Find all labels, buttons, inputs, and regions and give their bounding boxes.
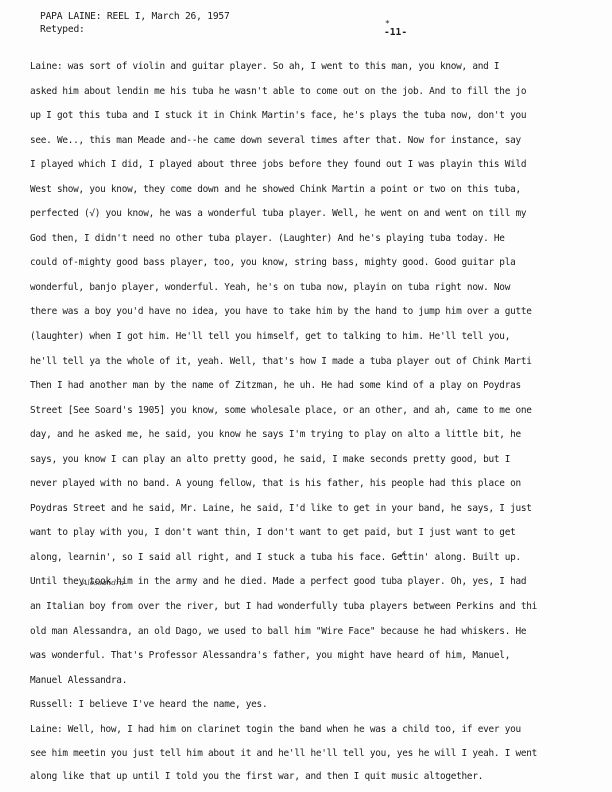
text-line: Poydras Street and he said, Mr. Laine, h… [30,497,612,522]
text-line: see. We.., this man Meade and--he came d… [30,129,612,154]
text-line: Then I had another man by the name of Zi… [30,374,612,399]
text-line: never played with no band. A young fello… [30,472,612,497]
text-line: old man Alessandra, an old Dago, we used… [30,620,612,645]
document-header: PAPA LAINE: REEL I, March 26, 1957 Retyp… [40,10,230,36]
text-line: perfected (√) you know, he was a wonderf… [30,202,612,227]
text-line: wonderful, banjo player, wonderful. Yeah… [30,276,612,301]
text-line: I played which I did, I played about thr… [30,153,612,178]
text-line: Street [See Soard's 1905] you know, some… [30,399,612,424]
text-line: there was a boy you'd have no idea, you … [30,300,612,325]
page-number: * -11- [384,27,407,38]
text-line: Manuel Alessandra. [30,669,612,694]
text-line: see him meetin you just tell him about i… [30,742,612,767]
page-mark: * [385,19,390,28]
text-line: asked him about lendin me his tuba he wa… [30,80,612,105]
text-line: an Italian boy from over the river, but … [30,595,612,620]
text-line: says, you know I can play an alto pretty… [30,448,612,473]
text-line: God then, I didn't need no other tuba pl… [30,227,612,252]
text-line-speaker-russell: Russell: I believe I've heard the name, … [30,693,612,718]
transcript-page: PAPA LAINE: REEL I, March 26, 1957 Retyp… [0,0,612,792]
header-retyped-note: Retyped: [40,23,230,36]
text-line-speaker-laine: Laine: Well, how, I had him on clarinet … [30,718,612,743]
text-line: Laine: was sort of violin and guitar pla… [30,55,612,80]
page-number-label: -11- [384,27,407,38]
text-line: want to play with you, I don't want thin… [30,521,612,546]
text-line: he'll tell ya the whole of it, yeah. Wel… [30,350,612,375]
text-line: along, learnin', so I said all right, an… [30,546,612,571]
text-line: was wonderful. That's Professor Alessand… [30,644,612,669]
text-line: Until they took him in the army and he d… [30,570,612,595]
text-line: (laughter) when I got him. He'll tell yo… [30,325,612,350]
text-line: could of-mighty good bass player, too, y… [30,251,612,276]
text-line: up I got this tuba and I stuck it in Chi… [30,104,612,129]
text-line: day, and he asked me, he said, you know … [30,423,612,448]
header-title: PAPA LAINE: REEL I, March 26, 1957 [40,10,230,23]
text-line: West show, you know, they come down and … [30,178,612,203]
text-line: along like that up until I told you the … [30,767,612,787]
transcript-body: Laine: was sort of violin and guitar pla… [30,55,612,787]
